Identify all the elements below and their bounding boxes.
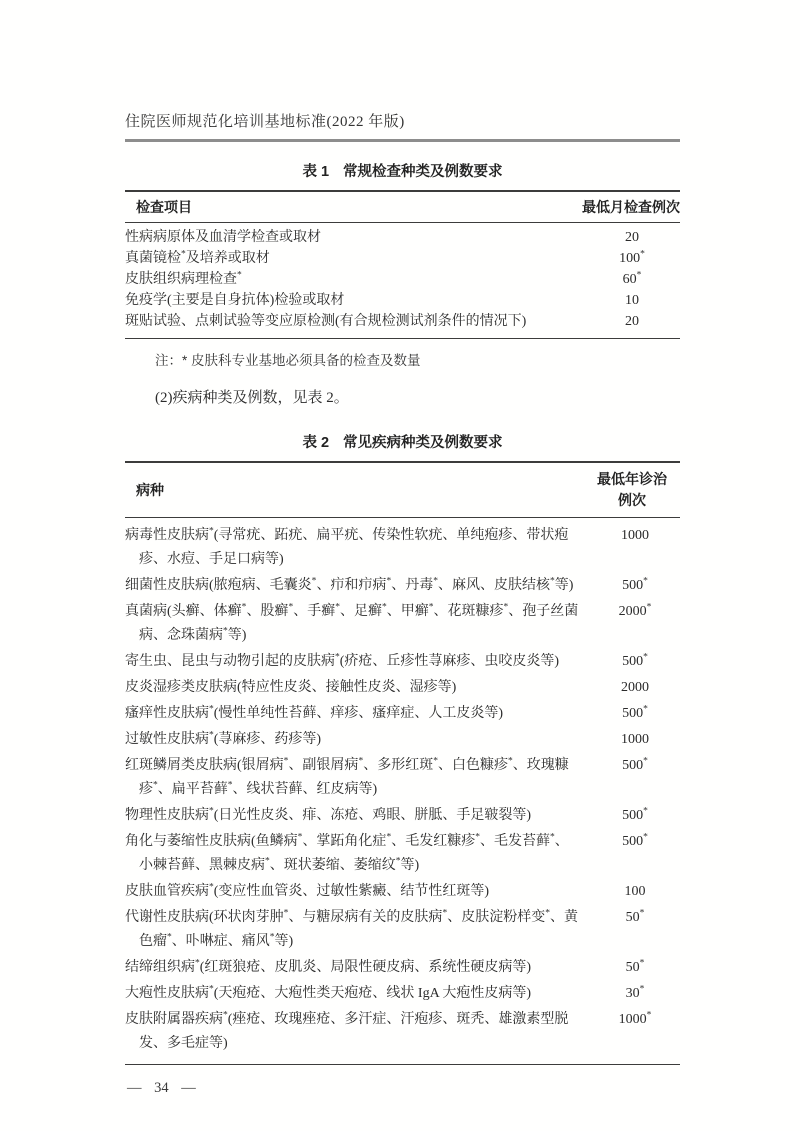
- disease-annual-min: 500*: [590, 754, 680, 802]
- disease-annual-min: 2000: [590, 676, 680, 700]
- disease-name: 过敏性皮肤病*(荨麻疹、药疹等): [125, 728, 590, 752]
- exam-monthly-min: 100*: [584, 248, 680, 269]
- table-row: 皮肤附属器疾病*(痤疮、玫瑰痤疮、多汗症、汗疱疹、斑秃、雄激素型脱发、多毛症等)…: [125, 1007, 680, 1057]
- table-row: 细菌性皮肤病(脓疱病、毛囊炎*、疖和疖病*、丹毒*、麻风、皮肤结核*等) 500…: [125, 573, 680, 599]
- table-row: 性病病原体及血清学检查或取材 20: [125, 227, 680, 248]
- table-row: 过敏性皮肤病*(荨麻疹、药疹等) 1000: [125, 727, 680, 753]
- disease-name: 皮炎湿疹类皮肤病(特应性皮炎、接触性皮炎、湿疹等): [125, 676, 590, 700]
- disease-name: 瘙痒性皮肤病*(慢性单纯性苔藓、痒疹、瘙痒症、人工皮炎等): [125, 702, 590, 726]
- disease-name: 真菌病(头癣、体癣*、股癣*、手癣*、足癣*、甲癣*、花斑糠疹*、孢子丝菌病、念…: [125, 600, 590, 648]
- exam-item-name: 免疫学(主要是自身抗体)检验或取材: [125, 290, 584, 311]
- table-row: 寄生虫、昆虫与动物引起的皮肤病*(疥疮、丘疹性荨麻疹、虫咬皮炎等) 500*: [125, 649, 680, 675]
- exam-monthly-min: 60*: [584, 269, 680, 290]
- disease-name: 角化与萎缩性皮肤病(鱼鳞病*、掌跖角化症*、毛发红糠疹*、毛发苔藓*、小棘苔藓、…: [125, 830, 590, 878]
- disease-annual-min: 500*: [590, 574, 680, 598]
- table1-body: 性病病原体及血清学检查或取材 20 真菌镜检*及培养或取材 100* 皮肤组织病…: [125, 223, 680, 339]
- table2-header-value: 最低年诊治 例次: [584, 467, 680, 513]
- exam-item-name: 斑贴试验、点刺试验等变应原检测(有合规检测试剂条件的情况下): [125, 311, 584, 332]
- table-row: 结缔组织病*(红斑狼疮、皮肌炎、局限性硬皮病、系统性硬皮病等) 50*: [125, 955, 680, 981]
- table-row: 瘙痒性皮肤病*(慢性单纯性苔藓、痒疹、瘙痒症、人工皮炎等) 500*: [125, 701, 680, 727]
- disease-annual-min: 1000: [590, 728, 680, 752]
- table1-title: 表 1常规检查种类及例数要求: [125, 160, 680, 181]
- table2-title-text: 常见疾病种类及例数要求: [343, 435, 503, 451]
- disease-name: 红斑鳞屑类皮肤病(银屑病*、副银屑病*、多形红斑*、白色糠疹*、玫瑰糠疹*、扁平…: [125, 754, 590, 802]
- table-row: 真菌镜检*及培养或取材 100*: [125, 248, 680, 269]
- table2-body: 病毒性皮肤病*(寻常疣、跖疣、扁平疣、传染性软疣、单纯疱疹、带状疱疹、水痘、手足…: [125, 518, 680, 1065]
- table1-footnote: 注：* 皮肤科专业基地必须具备的检查及数量: [155, 349, 680, 369]
- disease-annual-min: 30*: [590, 982, 680, 1006]
- document-page: 住院医师规范化培训基地标准(2022 年版) 表 1常规检查种类及例数要求 检查…: [0, 0, 800, 1131]
- disease-name: 代谢性皮肤病(环状肉芽肿*、与糖尿病有关的皮肤病*、皮肤淀粉样变*、黄色瘤*、卟…: [125, 906, 590, 954]
- table-row: 代谢性皮肤病(环状肉芽肿*、与糖尿病有关的皮肤病*、皮肤淀粉样变*、黄色瘤*、卟…: [125, 905, 680, 955]
- table-row: 皮炎湿疹类皮肤病(特应性皮炎、接触性皮炎、湿疹等) 2000: [125, 675, 680, 701]
- table1: 检查项目 最低月检查例次 性病病原体及血清学检查或取材 20 真菌镜检*及培养或…: [125, 190, 680, 339]
- disease-name: 物理性皮肤病*(日光性皮炎、痱、冻疮、鸡眼、胼胝、手足皲裂等): [125, 804, 590, 828]
- disease-annual-min: 1000: [590, 524, 680, 572]
- table2-header-value-line2: 例次: [584, 490, 680, 511]
- disease-annual-min: 500*: [590, 804, 680, 828]
- disease-annual-min: 500*: [590, 702, 680, 726]
- running-head: 住院医师规范化培训基地标准(2022 年版): [125, 112, 680, 132]
- disease-annual-min: 500*: [590, 650, 680, 674]
- exam-monthly-min: 20: [584, 227, 680, 248]
- disease-annual-min: 100: [590, 880, 680, 904]
- table-row: 皮肤血管疾病*(变应性血管炎、过敏性紫癜、结节性红斑等) 100: [125, 879, 680, 905]
- disease-annual-min: 1000*: [590, 1008, 680, 1056]
- table-row: 红斑鳞屑类皮肤病(银屑病*、副银屑病*、多形红斑*、白色糠疹*、玫瑰糠疹*、扁平…: [125, 753, 680, 803]
- table2: 病种 最低年诊治 例次 病毒性皮肤病*(寻常疣、跖疣、扁平疣、传染性软疣、单纯疱…: [125, 461, 680, 1065]
- table-row: 真菌病(头癣、体癣*、股癣*、手癣*、足癣*、甲癣*、花斑糠疹*、孢子丝菌病、念…: [125, 599, 680, 649]
- table1-header-value: 最低月检查例次: [560, 197, 680, 217]
- exam-item-name: 真菌镜检*及培养或取材: [125, 248, 584, 269]
- table1-header-row: 检查项目 最低月检查例次: [125, 192, 680, 223]
- disease-annual-min: 2000*: [590, 600, 680, 648]
- table1-title-label: 表 1: [302, 164, 329, 180]
- table1-title-text: 常规检查种类及例数要求: [343, 164, 503, 180]
- page-content: 住院医师规范化培训基地标准(2022 年版) 表 1常规检查种类及例数要求 检查…: [125, 112, 680, 1097]
- table2-header-value-line1: 最低年诊治: [584, 469, 680, 490]
- table-row: 皮肤组织病理检查* 60*: [125, 269, 680, 290]
- exam-monthly-min: 20: [584, 311, 680, 332]
- table2-title-label: 表 2: [302, 435, 329, 451]
- disease-annual-min: 500*: [590, 830, 680, 878]
- disease-name: 病毒性皮肤病*(寻常疣、跖疣、扁平疣、传染性软疣、单纯疱疹、带状疱疹、水痘、手足…: [125, 524, 590, 572]
- disease-name: 皮肤附属器疾病*(痤疮、玫瑰痤疮、多汗症、汗疱疹、斑秃、雄激素型脱发、多毛症等): [125, 1008, 590, 1056]
- exam-item-name: 性病病原体及血清学检查或取材: [125, 227, 584, 248]
- table-row: 斑贴试验、点刺试验等变应原检测(有合规检测试剂条件的情况下) 20: [125, 311, 680, 332]
- table-row: 免疫学(主要是自身抗体)检验或取材 10: [125, 290, 680, 311]
- table2-title: 表 2常见疾病种类及例数要求: [125, 431, 680, 452]
- running-head-rule: [125, 139, 680, 142]
- body-paragraph: (2)疾病种类及例数，见表 2。: [125, 386, 680, 407]
- table-row: 角化与萎缩性皮肤病(鱼鳞病*、掌跖角化症*、毛发红糠疹*、毛发苔藓*、小棘苔藓、…: [125, 829, 680, 879]
- disease-name: 皮肤血管疾病*(变应性血管炎、过敏性紫癜、结节性红斑等): [125, 880, 590, 904]
- disease-name: 细菌性皮肤病(脓疱病、毛囊炎*、疖和疖病*、丹毒*、麻风、皮肤结核*等): [125, 574, 590, 598]
- table-row: 物理性皮肤病*(日光性皮炎、痱、冻疮、鸡眼、胼胝、手足皲裂等) 500*: [125, 803, 680, 829]
- exam-item-name: 皮肤组织病理检查*: [125, 269, 584, 290]
- table1-header-item: 检查项目: [136, 197, 560, 217]
- disease-annual-min: 50*: [590, 956, 680, 980]
- disease-annual-min: 50*: [590, 906, 680, 954]
- disease-name: 大疱性皮肤病*(天疱疮、大疱性类天疱疮、线状 IgA 大疱性皮病等): [125, 982, 590, 1006]
- disease-name: 寄生虫、昆虫与动物引起的皮肤病*(疥疮、丘疹性荨麻疹、虫咬皮炎等): [125, 650, 590, 674]
- table-row: 大疱性皮肤病*(天疱疮、大疱性类天疱疮、线状 IgA 大疱性皮病等) 30*: [125, 981, 680, 1007]
- page-number: — 34 —: [125, 1080, 680, 1097]
- table2-header-item: 病种: [136, 480, 584, 500]
- table2-header-row: 病种 最低年诊治 例次: [125, 463, 680, 518]
- disease-name: 结缔组织病*(红斑狼疮、皮肌炎、局限性硬皮病、系统性硬皮病等): [125, 956, 590, 980]
- table-row: 病毒性皮肤病*(寻常疣、跖疣、扁平疣、传染性软疣、单纯疱疹、带状疱疹、水痘、手足…: [125, 523, 680, 573]
- exam-monthly-min: 10: [584, 290, 680, 311]
